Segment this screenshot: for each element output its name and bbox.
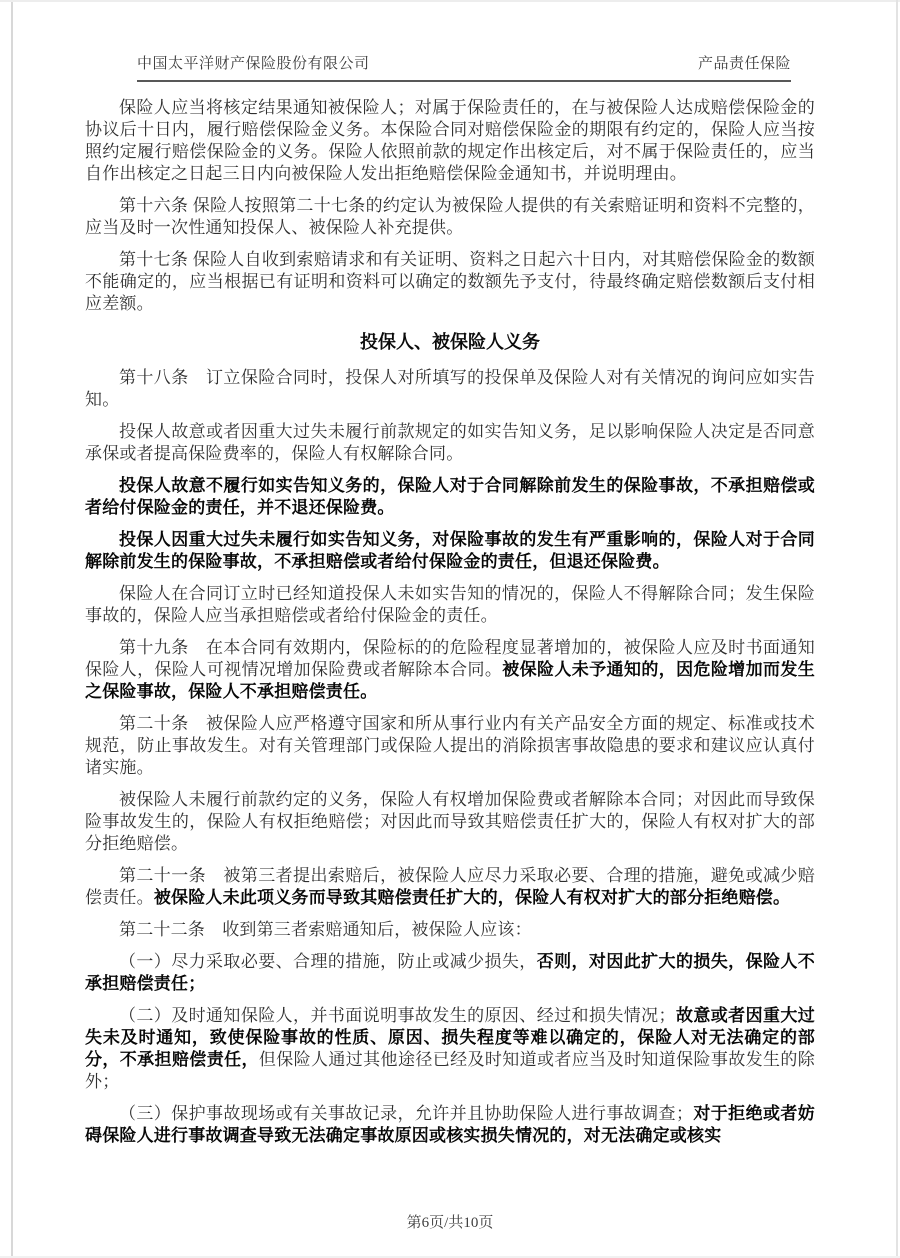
page-number: 第6页/共10页 (407, 1215, 494, 1231)
text-run: 保险人应当将核定结果通知被保险人；对属于保险责任的，在与被保险人达成赔偿保险金的… (85, 98, 815, 183)
text-run: 投保人故意不履行如实告知义务的，保险人对于合同解除前发生的保险事故，不承担赔偿或… (85, 476, 815, 517)
text-run: （一）尽力采取必要、合理的措施，防止或减少损失， (119, 952, 537, 971)
paragraph-article-16: 第十六条 保险人按照第二十七条的约定认为被保险人提供的有关索赔证明和资料不完整的… (85, 195, 815, 239)
text-run: 第十八条 订立保险合同时，投保人对所填写的投保单及保险人对有关情况的询问应如实告… (85, 368, 815, 409)
text-run: 被保险人未履行前款约定的义务，保险人有权增加保险费或者解除本合同；对因此而导致保… (85, 790, 815, 853)
text-run: （二）及时通知保险人，并书面说明事故发生的原因、经过和损失情况； (119, 1006, 676, 1025)
company-name: 中国太平洋财产保险股份有限公司 (137, 52, 370, 73)
scan-edge-top (0, 0, 900, 2)
paragraph-article-20: 第二十条 被保险人应严格遵守国家和所从事行业内有关产品安全方面的规定、标准或技术… (85, 713, 815, 779)
section-heading: 投保人、被保险人义务 (85, 330, 815, 354)
paragraph-item-2: （二）及时通知保险人，并书面说明事故发生的原因、经过和损失情况；故意或者因重大过… (85, 1005, 815, 1093)
scan-edge-right (896, 0, 898, 1258)
paragraph-article-17: 第十七条 保险人自收到索赔请求和有关证明、资料之日起六十日内，对其赔偿保险金的数… (85, 249, 815, 315)
paragraph-disclosure-breach: 投保人故意或者因重大过失未履行前款规定的如实告知义务，足以影响保险人决定是否同意… (85, 421, 815, 465)
text-run: 保险人在合同订立时已经知道投保人未如实告知的情况的，保险人不得解除合同；发生保险… (85, 584, 815, 625)
text-run: （三）保护事故现场或有关事故记录，允许并且协助保险人进行事故调查； (119, 1104, 693, 1123)
paragraph-article-18: 第十八条 订立保险合同时，投保人对所填写的投保单及保险人对有关情况的询问应如实告… (85, 367, 815, 411)
page-footer: 第6页/共10页 (0, 1211, 900, 1232)
text-run: 第十六条 保险人按照第二十七条的约定认为被保险人提供的有关索赔证明和资料不完整的… (85, 196, 815, 237)
text-run: 投保人因重大过失未履行如实告知义务，对保险事故的发生有严重影响的，保险人对于合同… (85, 530, 815, 571)
paragraph-claim-settlement: 保险人应当将核定结果通知被保险人；对属于保险责任的，在与被保险人达成赔偿保险金的… (85, 97, 815, 185)
text-run: 投保人故意或者因重大过失未履行前款规定的如实告知义务，足以影响保险人决定是否同意… (85, 422, 815, 463)
document-page: 中国太平洋财产保险股份有限公司 产品责任保险 保险人应当将核定结果通知被保险人；… (0, 0, 900, 1258)
paragraph-article-19: 第十九条 在本合同有效期内，保险标的的危险程度显著增加的，被保险人应及时书面通知… (85, 637, 815, 703)
paragraph-item-1: （一）尽力采取必要、合理的措施，防止或减少损失，否则，对因此扩大的损失，保险人不… (85, 951, 815, 995)
paragraph-article-21: 第二十一条 被第三者提出索赔后，被保险人应尽力采取必要、合理的措施，避免或减少赔… (85, 865, 815, 909)
document-title: 产品责任保险 (698, 52, 791, 73)
text-run: 被保险人未此项义务而导致其赔偿责任扩大的，保险人有权对扩大的部分拒绝赔偿。 (154, 888, 790, 907)
document-body: 保险人应当将核定结果通知被保险人；对属于保险责任的，在与被保险人达成赔偿保险金的… (85, 97, 815, 1157)
paragraph-article-22: 第二十二条 收到第三者索赔通知后，被保险人应该： (85, 919, 815, 941)
scan-edge-left (11, 0, 13, 1258)
paragraph-intentional-breach: 投保人故意不履行如实告知义务的，保险人对于合同解除前发生的保险事故，不承担赔偿或… (85, 475, 815, 519)
text-run: 第二十二条 收到第三者索赔通知后，被保险人应该： (119, 920, 532, 939)
text-run: 第二十条 被保险人应严格遵守国家和所从事行业内有关产品安全方面的规定、标准或技术… (85, 714, 815, 777)
paragraph-insurer-knowledge: 保险人在合同订立时已经知道投保人未如实告知的情况的，保险人不得解除合同；发生保险… (85, 583, 815, 627)
text-run: 第十七条 保险人自收到索赔请求和有关证明、资料之日起六十日内，对其赔偿保险金的数… (85, 250, 815, 313)
page-header: 中国太平洋财产保险股份有限公司 产品责任保险 (137, 52, 791, 82)
paragraph-gross-negligence: 投保人因重大过失未履行如实告知义务，对保险事故的发生有严重影响的，保险人对于合同… (85, 529, 815, 573)
paragraph-item-3: （三）保护事故现场或有关事故记录，允许并且协助保险人进行事故调查；对于拒绝或者妨… (85, 1103, 815, 1147)
paragraph-obligation-breach: 被保险人未履行前款约定的义务，保险人有权增加保险费或者解除本合同；对因此而导致保… (85, 789, 815, 855)
